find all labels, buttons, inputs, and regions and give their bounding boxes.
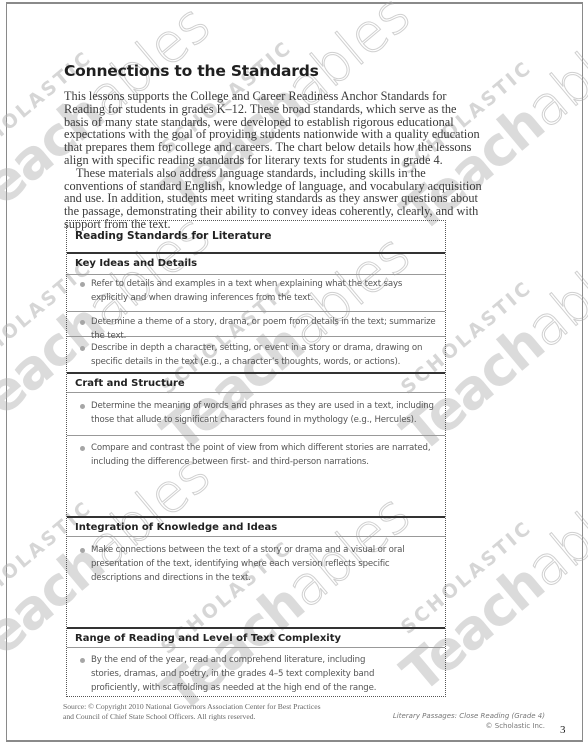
bullet-icon [80,548,85,553]
intro-paragraph: This lessons supports the College and Ca… [64,90,484,167]
section-heading: Range of Reading and Level of Text Compl… [67,627,445,648]
standards-table: Reading Standards for Literature Key Ide… [66,220,446,697]
section-heading: Key Ideas and Details [67,254,445,275]
bullet-icon [80,446,85,451]
bullet-icon [80,282,85,287]
bullet-icon [80,320,85,325]
table-heading: Reading Standards for Literature [67,221,445,254]
standard-item: Compare and contrast the point of view f… [67,436,445,516]
standard-item: Describe in depth a character, setting, … [67,337,445,374]
standard-item: Make connections between the text of a s… [67,539,445,627]
standard-item: Refer to details and examples in a text … [67,275,445,312]
book-credit: Literary Passages: Close Reading (Grade … [393,712,545,731]
page-number: 3 [560,724,566,736]
book-title: Literary Passages: Close Reading (Grade … [393,712,545,722]
standard-item: Determine the meaning of words and phras… [67,395,445,436]
section-heading: Integration of Knowledge and Ideas [67,516,445,537]
table-heading-label: Reading Standards for Literature [75,230,272,242]
publisher: © Scholastic Inc. [393,722,545,732]
source-citation: Source: © Copyright 2010 National Govern… [63,702,363,721]
standard-item: Determine a theme of a story, drama, or … [67,312,445,337]
bullet-icon [80,404,85,409]
section-heading: Craft and Structure [67,372,445,393]
intro-text: This lessons supports the College and Ca… [64,90,484,231]
standard-item: By the end of the year, read and compreh… [67,650,445,696]
page-title: Connections to the Standards [64,62,319,80]
bullet-icon [80,658,85,663]
bullet-icon [80,346,85,351]
